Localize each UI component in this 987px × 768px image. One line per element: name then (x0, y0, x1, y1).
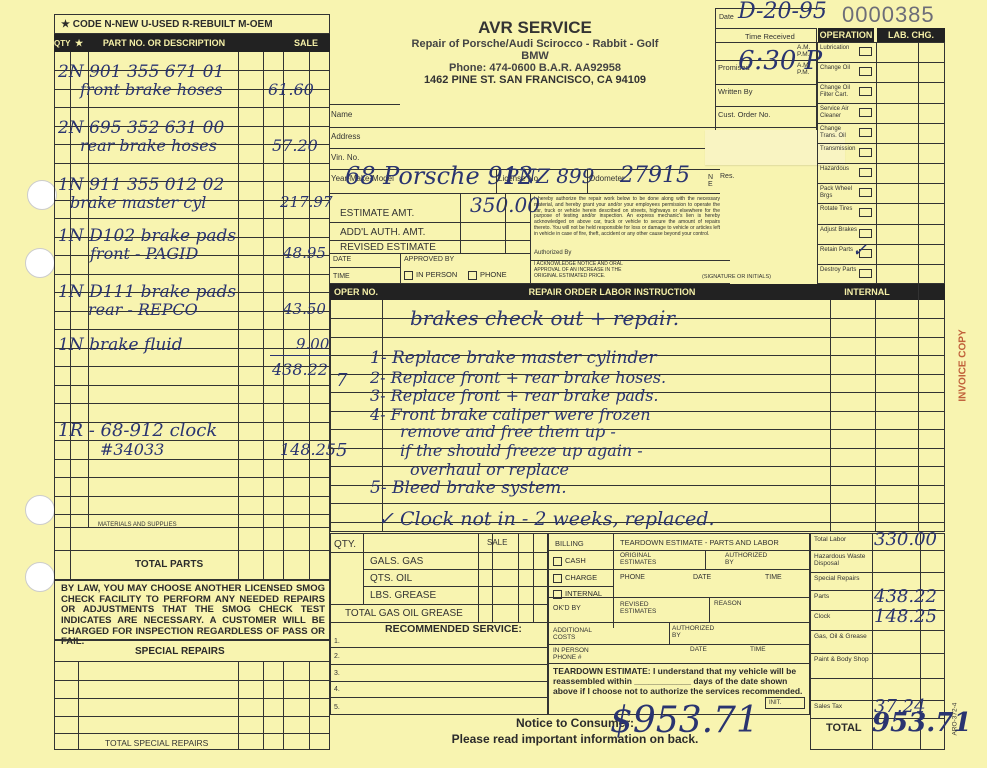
operation-label: Change Oil Filter Cart. (820, 85, 858, 98)
company-subtitle-2: BMW (360, 50, 710, 62)
date-field: Date D-20-95 (715, 8, 825, 28)
phone-label: PHONE (620, 574, 645, 581)
part-sale: 48.95 (283, 244, 326, 262)
company-phone: Phone: 474-0600 B.A.R. AA92958 (360, 62, 710, 74)
part-line: 1N brake fluid (58, 335, 183, 355)
estimate-amt-label: ESTIMATE AMT. (340, 209, 414, 219)
operation-label: Change Trans. Oil (820, 126, 858, 139)
date-label: DATE (333, 256, 351, 263)
res-label: Res. (720, 173, 734, 180)
cash-checkbox[interactable]: CASH (553, 556, 586, 566)
additional-costs-label: ADDITIONAL COSTS (553, 628, 613, 641)
materials-label: MATERIALS AND SUPPLIES (98, 522, 177, 528)
totals-row-label: Parts (814, 593, 870, 600)
am-pm-label-2: A.M. P.M. (797, 63, 813, 76)
operation-label: Destroy Parts (820, 267, 858, 274)
oper-mark: 7 (336, 370, 347, 391)
authorized-by-label-2: AUTHORIZED BY (672, 626, 722, 639)
totals-row-label: Sales Tax (814, 703, 870, 710)
form-code: ARO-372-4 (952, 696, 959, 736)
special-repairs-label: SPECIAL REPAIRS (135, 646, 225, 657)
binder-hole (25, 495, 55, 525)
recommended-item: 3. (334, 670, 340, 677)
date-label-3: DATE (690, 647, 707, 654)
oper-mark: 5 (336, 440, 347, 461)
labor-instruction-header: REPAIR ORDER LABOR INSTRUCTION (382, 287, 842, 297)
sale-col-header: SALE (282, 38, 330, 48)
time-received-label: Time Received (745, 33, 795, 41)
in-person-phone-label: IN PERSON PHONE # (553, 648, 613, 661)
part-line: front brake hoses (80, 80, 223, 99)
gas-sale-label: SALE (487, 539, 507, 547)
labor-line: ✓ Clock not in - 2 weeks, replaced. (378, 508, 715, 530)
labor-header: OPER NO. REPAIR ORDER LABOR INSTRUCTION … (330, 284, 945, 300)
operation-checkbox[interactable] (859, 67, 872, 76)
operation-checkbox[interactable] (859, 47, 872, 56)
parts-header: QTY ★ PART NO. OR DESCRIPTION SALE (54, 34, 330, 52)
operation-header: OPERATION (818, 28, 874, 42)
ne-label: N E (708, 174, 716, 188)
time-label: TIME (333, 273, 350, 280)
qty-col-header: QTY (54, 39, 70, 48)
revised-estimate-label: REVISED ESTIMATE (340, 243, 436, 253)
labor-line: 2- Replace front + rear brake hoses. (370, 368, 666, 387)
init-field[interactable]: INIT. (765, 697, 805, 709)
code-legend-box: ★ CODE N-NEW U-USED R-REBUILT M-OEM (54, 14, 330, 34)
recommended-service-box (330, 623, 548, 715)
part-line: #34033 (100, 440, 164, 459)
written-by-label: Written By (718, 88, 752, 96)
part-line: 1N D102 brake pads (58, 226, 236, 246)
part-line: 1N 911 355 012 02 (58, 175, 224, 195)
star-col-header: ★ (70, 38, 88, 49)
operation-label: Adjust Brakes (820, 227, 858, 234)
part-sale: 9.00 (296, 335, 329, 353)
operation-label: Rotate Tires (820, 206, 858, 213)
labor-line: 5- Bleed brake system. (370, 478, 567, 498)
address-label: Address (331, 133, 360, 141)
in-person-checkbox[interactable]: IN PERSON (404, 270, 457, 280)
lbs-grease-label: LBS. GREASE (370, 591, 436, 601)
totals-row-value: 438.22 (874, 586, 937, 607)
special-repairs-header: SPECIAL REPAIRS (54, 640, 330, 662)
gals-gas-label: GALS. GAS (370, 557, 423, 567)
billing-label: BILLING (555, 540, 584, 548)
totals-row-label: Gas, Oil & Grease (814, 633, 870, 640)
approved-by-label: APPROVED BY (404, 256, 454, 263)
time-label-3: TIME (750, 647, 766, 654)
operation-checkbox[interactable] (859, 269, 872, 278)
part-line: 1N D111 brake pads (58, 282, 236, 302)
company-name: AVR SERVICE (360, 18, 710, 38)
labor-line: 1- Replace brake master cylinder (370, 348, 657, 368)
acknowledge-text: I ACKNOWLEDGE NOTICE AND ORAL APPROVAL O… (534, 262, 644, 279)
operation-checkbox[interactable] (859, 148, 872, 157)
part-line: brake master cyl (70, 193, 206, 212)
recommended-service-label: RECOMMENDED SERVICE: (385, 624, 522, 636)
part-line: 1R - 68-912 clock (58, 420, 217, 441)
part-sale: 217.97 (280, 193, 333, 211)
recommended-item: 1. (334, 638, 340, 645)
totals-row-label: Paint & Body Shop (814, 656, 870, 663)
operation-checkbox[interactable] (859, 188, 872, 197)
license-value: PNZ 899 (505, 164, 594, 188)
labor-line: 3- Replace front + rear brake pads. (370, 386, 659, 405)
part-sale: 43.50 (283, 300, 326, 318)
charge-checkbox[interactable]: CHARGE (553, 573, 597, 583)
total-label: TOTAL (826, 722, 862, 734)
totals-row-label: Hazardous Waste Disposal (814, 553, 870, 567)
authorized-by-label: Authorized By (534, 250, 571, 256)
company-address: 1462 PINE ST. SAN FRANCISCO, CA 94109 (360, 74, 710, 86)
recommended-item: 5. (334, 704, 340, 711)
operation-checkbox[interactable] (859, 168, 872, 177)
part-line: 2N 695 352 631 00 (58, 118, 224, 138)
gas-qty-label: QTY. (334, 540, 356, 550)
reason-label: REASON (714, 601, 741, 608)
cust-order-label: Cust. Order No. (718, 111, 771, 119)
teardown-notice: TEARDOWN ESTIMATE: I understand that my … (553, 666, 806, 697)
phone-checkbox[interactable]: PHONE (468, 270, 507, 280)
binder-hole (27, 180, 57, 210)
part-line: front - PAGID (90, 244, 198, 263)
operation-label: Pack Wheel Brgs (820, 186, 858, 199)
name-label: Name (331, 111, 352, 119)
labor-line: overhaul or replace (410, 460, 569, 479)
binder-hole (25, 562, 55, 592)
lab-chg-header: LAB. CHG. (877, 28, 945, 42)
revised-estimates-label: REVISED ESTIMATES (620, 602, 670, 615)
okd-by-label: OK'D BY (553, 605, 581, 612)
date-value: D-20-95 (738, 0, 827, 24)
original-estimates-label: ORIGINAL ESTIMATES (620, 553, 670, 566)
company-subtitle: Repair of Porsche/Audi Scirocco - Rabbit… (360, 38, 710, 50)
labor-line: remove and free them up - (400, 422, 616, 441)
invoice-form: ★ CODE N-NEW U-USED R-REBUILT M-OEM QTY … (0, 0, 987, 768)
vin-label: Vin. No. (331, 154, 359, 162)
operation-label: Change Oil (820, 65, 858, 72)
parts-subtotal: 438.22 (272, 360, 328, 379)
time-label-2: TIME (765, 574, 782, 581)
part-sale: 148.25 (280, 440, 336, 459)
invoice-number: 0000385 (842, 2, 935, 28)
operation-label: Transmission (820, 146, 858, 153)
recommended-item: 2. (334, 653, 340, 660)
binder-hole (25, 248, 55, 278)
operation-label: Hazardous (820, 166, 858, 173)
authorized-by-label-1: AUTHORIZED BY (725, 553, 775, 566)
smog-notice: BY LAW, YOU MAY CHOOSE ANOTHER LICENSED … (61, 584, 325, 648)
part-line: 2N 901 355 671 01 (58, 62, 224, 82)
total-gas-oil-grease-label: TOTAL GAS OIL GREASE (345, 609, 463, 619)
check-mark-icon: ✓ (852, 240, 867, 261)
part-sale: 57.20 (272, 136, 318, 155)
teardown-header: TEARDOWN ESTIMATE - PARTS AND LABOR (620, 539, 779, 547)
desc-col-header: PART NO. OR DESCRIPTION (88, 38, 240, 48)
part-line: rear - REPCO (88, 300, 198, 319)
total-parts-label: TOTAL PARTS (135, 559, 203, 570)
totals-row-value: 330.00 (874, 529, 937, 550)
recommended-item: 4. (334, 686, 340, 693)
odometer-value: 27915 (620, 163, 690, 188)
handwritten-total: $953.71 (610, 700, 759, 741)
part-sale: 61.60 (268, 80, 314, 99)
addl-auth-label: ADD'L AUTH. AMT. (340, 228, 425, 238)
totals-row-value: 148.25 (874, 606, 937, 627)
totals-row-label: Special Repairs (814, 575, 870, 582)
authorization-text: I hereby authorize the repair work below… (534, 197, 720, 237)
operation-checkbox[interactable] (859, 128, 872, 137)
company-header: AVR SERVICE Repair of Porsche/Audi Sciro… (360, 18, 710, 86)
totals-row-label: Total Labor (814, 536, 870, 543)
operation-checkbox[interactable] (859, 208, 872, 217)
oper-no-header: OPER NO. (330, 287, 382, 297)
labor-line: if the should freeze up again - (400, 441, 643, 460)
invoice-copy-label: INVOICE COPY (958, 326, 969, 406)
qts-oil-label: QTS. OIL (370, 574, 412, 584)
operation-label: Lubrication (820, 45, 858, 52)
operation-checkbox[interactable] (859, 87, 872, 96)
labor-line: brakes check out + repair. (410, 306, 679, 330)
operation-checkbox[interactable] (859, 229, 872, 238)
part-line: rear brake hoses (80, 136, 217, 155)
internal-header: INTERNAL (842, 287, 892, 297)
special-repairs-grid (54, 662, 330, 750)
total-special-repairs-label: TOTAL SPECIAL REPAIRS (105, 739, 208, 748)
signature-label: (SIGNATURE OR INITIALS) (702, 275, 771, 281)
operation-label: Service Air Cleaner (820, 106, 858, 119)
code-legend: ★ CODE N-NEW U-USED R-REBUILT M-OEM (61, 19, 273, 30)
totals-row-label: Clock (814, 613, 870, 620)
smog-notice-box: BY LAW, YOU MAY CHOOSE ANOTHER LICENSED … (54, 580, 330, 640)
operation-checkbox[interactable] (859, 108, 872, 117)
date-label-2: DATE (693, 574, 711, 581)
